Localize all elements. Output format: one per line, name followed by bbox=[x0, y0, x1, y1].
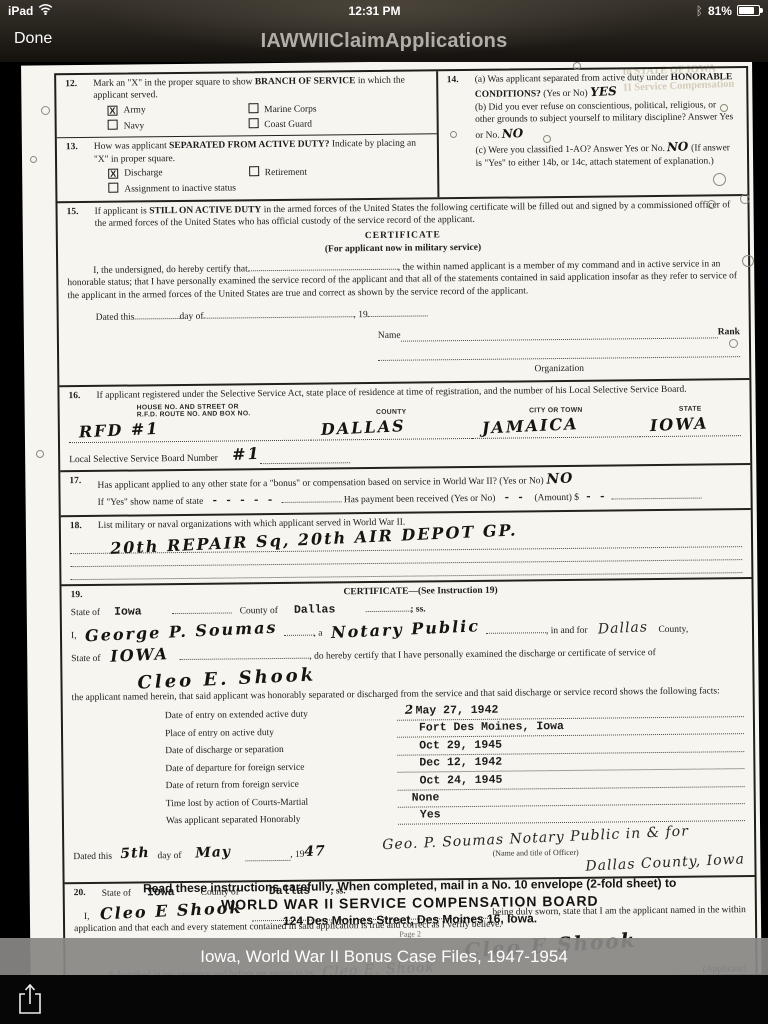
blank-line bbox=[281, 491, 341, 503]
ss-label: ; ss. bbox=[410, 605, 425, 615]
col-header-county: COUNTY bbox=[311, 408, 472, 417]
notary-title-value: Notary Public bbox=[324, 616, 486, 644]
section-14a-text2: (Yes or No) bbox=[541, 89, 590, 100]
fact-value: Dec 12, 1942 bbox=[419, 756, 502, 770]
notary-county-value: Dallas bbox=[590, 618, 657, 639]
screen: iPad 12:31 PM ᛒ 81% Done IAWWIIClaimAppl… bbox=[0, 0, 768, 1024]
punch-hole bbox=[729, 339, 738, 348]
section-14c-text: (c) Were you classified 1-AO? Answer Yes… bbox=[475, 144, 665, 156]
fact-value: None bbox=[412, 791, 440, 804]
blank-line bbox=[486, 622, 546, 634]
blank-line bbox=[172, 603, 232, 615]
certificate-paragraph: I, the undersigned, do hereby certify th… bbox=[93, 264, 248, 276]
collection-title: Iowa, World War II Bonus Case Files, 194… bbox=[200, 947, 568, 967]
col-header-street2: R.F.D. ROUTE NO. AND BOX NO. bbox=[137, 410, 311, 419]
dated-label3: , 19 bbox=[290, 848, 304, 860]
punch-hole bbox=[713, 173, 726, 186]
dated-day-value: 5th bbox=[112, 843, 158, 863]
dated-month-value: May bbox=[181, 842, 245, 863]
residence-street-value: RFD #1 bbox=[78, 419, 160, 443]
blank-line bbox=[260, 453, 350, 465]
answer-14b: NO bbox=[502, 126, 524, 143]
fact-label: Date of departure for foreign service bbox=[165, 761, 397, 776]
claim-form: 12. Mark an "X" in the proper square to … bbox=[54, 66, 758, 982]
i-label: I, bbox=[71, 631, 77, 641]
section-12: 12. Mark an "X" in the proper square to … bbox=[56, 71, 436, 137]
punch-hole bbox=[720, 104, 728, 112]
dated-label: Dated this bbox=[73, 850, 112, 863]
residence-county-value: DALLAS bbox=[320, 416, 406, 441]
checkbox-coast-guard[interactable] bbox=[248, 118, 258, 128]
section-15-text: If applicant is bbox=[95, 206, 150, 217]
fact-label: Date of entry on extended active duty bbox=[165, 708, 397, 723]
in-and-for-label: , in and for bbox=[546, 626, 588, 636]
punch-hole bbox=[36, 450, 44, 458]
punch-hole bbox=[707, 200, 716, 209]
dated-label3: , 19 bbox=[353, 310, 367, 320]
punch-hole bbox=[41, 106, 50, 115]
section-13: 13. How was applicant SEPARATED FROM ACT… bbox=[57, 135, 437, 201]
punch-hole bbox=[573, 62, 581, 70]
section-13-bold: SEPARATED FROM ACTIVE DUTY? bbox=[169, 140, 329, 152]
payment-received-value: - - bbox=[495, 491, 532, 504]
board-number-label: Local Selective Service Board Number bbox=[69, 453, 218, 467]
section-17-text2: If "Yes" show name of state bbox=[98, 496, 204, 507]
punch-hole bbox=[543, 135, 551, 143]
status-bar: iPad 12:31 PM ᛒ 81% bbox=[0, 0, 768, 21]
dated-label2: day of bbox=[179, 312, 203, 322]
blank-line bbox=[365, 601, 410, 612]
notary-name-value: George P. Soumas bbox=[79, 617, 284, 647]
checkbox-coast-guard-label: Coast Guard bbox=[264, 120, 312, 130]
checkbox-discharge[interactable]: X bbox=[108, 169, 118, 179]
fact-label: Place of entry on active duty bbox=[165, 726, 397, 741]
section-17: 17. Has applicant applied to any other s… bbox=[60, 466, 750, 515]
share-icon bbox=[17, 1003, 43, 1018]
done-button[interactable]: Done bbox=[14, 30, 52, 48]
battery-icon bbox=[737, 5, 760, 16]
device-label: iPad bbox=[8, 4, 33, 18]
blank-line bbox=[401, 327, 718, 341]
fact-value: Oct 29, 1945 bbox=[419, 738, 502, 752]
amount-value: - - bbox=[579, 490, 612, 503]
checkbox-navy-label: Navy bbox=[124, 121, 145, 131]
checkbox-marine-corps-label: Marine Corps bbox=[264, 104, 317, 115]
section-14: 14. (a) Was applicant separated from act… bbox=[438, 68, 748, 174]
fact-value: May 27, 1942 bbox=[415, 704, 498, 718]
checkbox-retirement[interactable] bbox=[249, 166, 259, 176]
state-value: Iowa bbox=[100, 605, 172, 619]
section-12-bold: BRANCH OF SERVICE bbox=[255, 76, 356, 87]
fact-value: Fort Des Moines, Iowa bbox=[419, 720, 564, 735]
blank-line bbox=[248, 259, 398, 272]
blank-line bbox=[612, 487, 702, 499]
section-19: 19. CERTIFICATE—(See Instruction 19) Sta… bbox=[61, 579, 754, 883]
checkbox-retirement-label: Retirement bbox=[265, 168, 307, 178]
section-14a-text: (a) Was applicant separated from active … bbox=[475, 73, 671, 85]
checkbox-navy[interactable] bbox=[108, 120, 118, 130]
dated-label: Dated this bbox=[96, 313, 135, 323]
wifi-icon bbox=[38, 4, 53, 18]
residence-state-value: IOWA bbox=[650, 413, 710, 436]
section-number: 13. bbox=[66, 141, 95, 197]
state-name-value: - - - - - bbox=[203, 494, 281, 508]
checkbox-inactive-status[interactable] bbox=[108, 183, 118, 193]
dated-label2: day of bbox=[157, 850, 181, 863]
section-number: 14. bbox=[447, 74, 476, 170]
blank-line bbox=[378, 346, 740, 361]
fact-label: Was applicant separated Honorably bbox=[166, 813, 398, 828]
fact-value: Yes bbox=[420, 809, 441, 822]
collection-caption-bar: Iowa, World War II Bonus Case Files, 194… bbox=[0, 938, 768, 975]
nav-bar: Done IAWWIIClaimApplications bbox=[0, 21, 768, 62]
section-number: 16. bbox=[68, 389, 96, 402]
checkbox-discharge-label: Discharge bbox=[124, 168, 162, 178]
answer-14c: NO bbox=[667, 140, 689, 157]
blank-line bbox=[368, 306, 428, 318]
section-12-text: Mark an "X" in the proper square to show bbox=[93, 77, 255, 89]
county-value: Dallas bbox=[278, 603, 366, 617]
rank-label: Rank bbox=[718, 326, 740, 339]
col-header-city: CITY OR TOWN bbox=[472, 406, 640, 415]
section-17-text: Has applicant applied to any other state… bbox=[97, 477, 543, 492]
fact-premark: 2 bbox=[404, 702, 413, 718]
bluetooth-icon: ᛒ bbox=[696, 4, 703, 18]
fact-value: Oct 24, 1945 bbox=[419, 773, 502, 787]
answer-14a: YES bbox=[590, 84, 617, 101]
fact-label: Time lost by action of Courts-Martial bbox=[166, 795, 398, 810]
amount-label: (Amount) $ bbox=[534, 492, 579, 502]
blank-line bbox=[203, 306, 353, 319]
blank-line bbox=[245, 850, 290, 861]
fact-label: Date of discharge or separation bbox=[165, 743, 397, 758]
section-number: 19. bbox=[71, 589, 99, 602]
bottom-toolbar bbox=[0, 975, 768, 1024]
document-page[interactable]: to STATE OF IOWA II Service Compensation… bbox=[21, 58, 762, 982]
page-title: IAWWIIClaimApplications bbox=[0, 30, 768, 53]
residence-city-value: JAMAICA bbox=[482, 414, 580, 439]
section-16: 16. If applicant registered under the Se… bbox=[59, 380, 750, 471]
section-number: 12. bbox=[65, 78, 94, 134]
name-label: Name bbox=[378, 329, 401, 342]
section-18: 18. List military or naval organizations… bbox=[61, 510, 752, 584]
blank-line bbox=[179, 647, 309, 659]
blank-line bbox=[134, 308, 179, 319]
section-17-text3: Has payment been received (Yes or No) bbox=[344, 493, 496, 505]
clock: 12:31 PM bbox=[349, 4, 401, 18]
section-number: 18. bbox=[70, 519, 98, 532]
a-label: , a bbox=[313, 629, 322, 639]
blank-line bbox=[283, 625, 313, 636]
punch-hole bbox=[450, 131, 457, 138]
officer-signature-line2: Dallas County, Iowa bbox=[586, 850, 746, 875]
answer-17: NO bbox=[546, 470, 574, 489]
county-suffix-label: County, bbox=[658, 625, 688, 635]
form-footer: Read these instructions carefully. When … bbox=[63, 875, 758, 942]
state-of-label2: State of bbox=[71, 654, 100, 664]
section-13-text: How was applicant bbox=[94, 141, 169, 152]
fact-label: Date of return from foreign service bbox=[166, 778, 398, 793]
section-15-bold: STILL ON ACTIVE DUTY bbox=[149, 205, 261, 216]
checkbox-army-label: Army bbox=[123, 105, 145, 115]
col-header-state: STATE bbox=[640, 405, 741, 413]
checkbox-inactive-status-label: Assignment to inactive status bbox=[124, 184, 236, 195]
state-of-label: State of bbox=[71, 608, 100, 618]
battery-percent: 81% bbox=[708, 4, 732, 18]
notary-state-value: IOWA bbox=[100, 643, 180, 667]
share-button[interactable] bbox=[14, 983, 46, 1017]
header-bar: iPad 12:31 PM ᛒ 81% Done IAWWIIClaimAppl… bbox=[0, 0, 768, 62]
county-of-label: County of bbox=[232, 606, 278, 616]
dated-year-value: 47 bbox=[304, 842, 326, 861]
certify-text: , do hereby certify that I have personal… bbox=[309, 648, 656, 662]
checkbox-army[interactable]: X bbox=[107, 105, 117, 115]
punch-hole bbox=[30, 156, 37, 163]
section-15: 15. If applicant is STILL ON ACTIVE DUTY… bbox=[57, 196, 749, 385]
section-number: 15. bbox=[67, 206, 95, 231]
punch-hole bbox=[742, 255, 754, 267]
board-number-value: #1 bbox=[231, 443, 260, 465]
checkbox-marine-corps[interactable] bbox=[248, 103, 258, 113]
section-number: 17. bbox=[69, 475, 97, 510]
punch-hole bbox=[740, 194, 750, 204]
